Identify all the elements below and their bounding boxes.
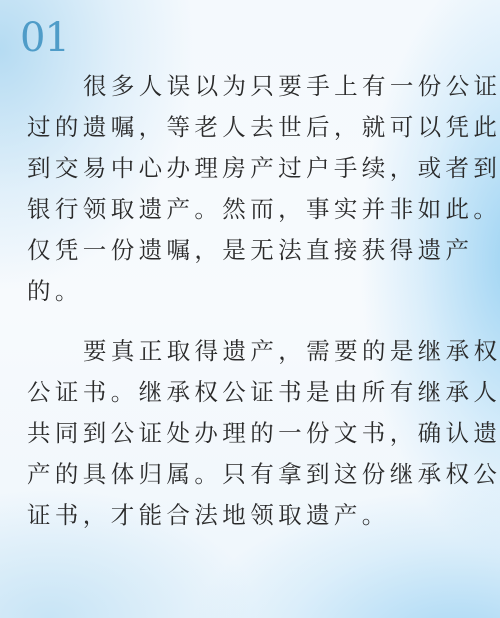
section-number-heading: 01 <box>20 14 69 62</box>
paragraph-line: 要真正取得遗产，需要的是继承权 <box>27 331 479 372</box>
paragraph-2: 要真正取得遗产，需要的是继承权 公证书。继承权公证书是由所有继承人 共同到公证处… <box>27 331 479 536</box>
paragraph-line: 到交易中心办理房产过户手续，或者到 <box>27 148 479 189</box>
paragraph-line: 仅凭一份遗嘱，是无法直接获得遗产 <box>27 230 479 271</box>
paragraph-line: 的。 <box>27 271 479 312</box>
paragraph-line: 银行领取遗产。然而，事实并非如此。 <box>27 189 479 230</box>
paragraph-line: 共同到公证处办理的一份文书，确认遗 <box>27 413 479 454</box>
paragraph-line: 产的具体归属。只有拿到这份继承权公 <box>27 454 479 495</box>
paragraph-line: 公证书。继承权公证书是由所有继承人 <box>27 372 479 413</box>
document-page: 01 很多人误以为只要手上有一份公证 过的遗嘱，等老人去世后，就可以凭此 到交易… <box>0 0 500 618</box>
paragraph-line: 证书，才能合法地领取遗产。 <box>27 495 479 536</box>
paragraph-1: 很多人误以为只要手上有一份公证 过的遗嘱，等老人去世后，就可以凭此 到交易中心办… <box>27 66 479 312</box>
paragraph-line: 很多人误以为只要手上有一份公证 <box>27 66 479 107</box>
paragraph-line: 过的遗嘱，等老人去世后，就可以凭此 <box>27 107 479 148</box>
